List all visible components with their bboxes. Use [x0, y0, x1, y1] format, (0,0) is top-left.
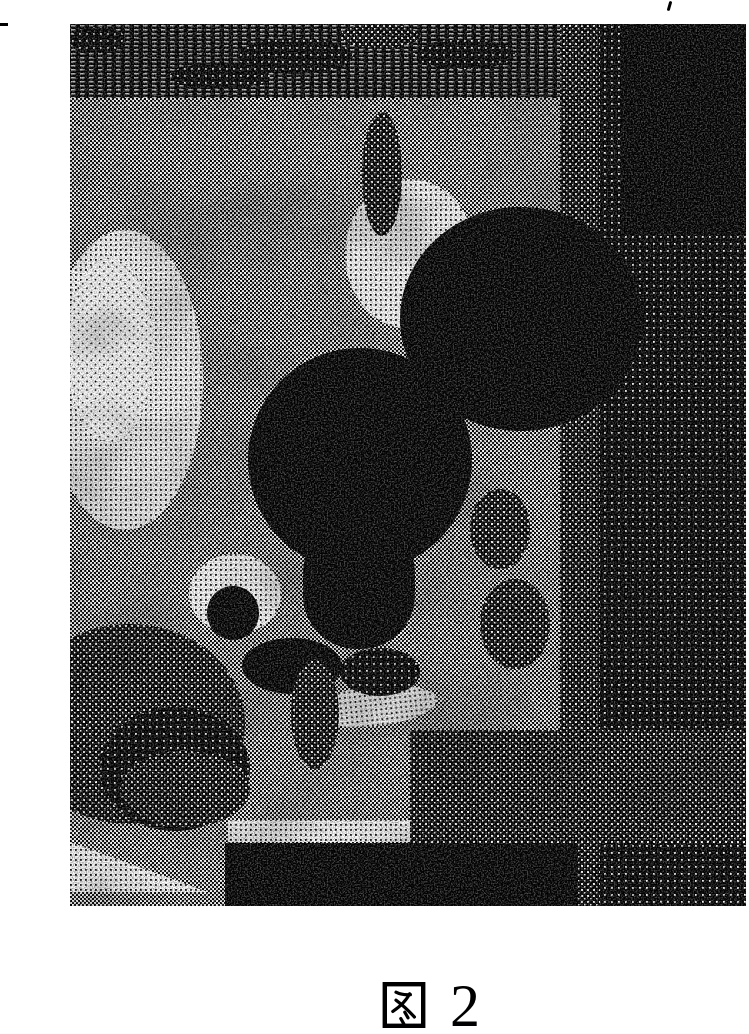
- caption-number: 2: [450, 979, 480, 1034]
- figure-caption: 2 图 2: [380, 972, 480, 1034]
- caption-character-tu-icon: [380, 977, 428, 1033]
- patent-figure-page: 2 图 2: [0, 0, 749, 1034]
- micrograph-image: [70, 24, 746, 906]
- tem-micrograph: [70, 24, 746, 906]
- scan-dash-icon: [0, 23, 8, 26]
- white-speckle-overlay: [70, 24, 746, 906]
- scan-tick-icon: [667, 1, 673, 11]
